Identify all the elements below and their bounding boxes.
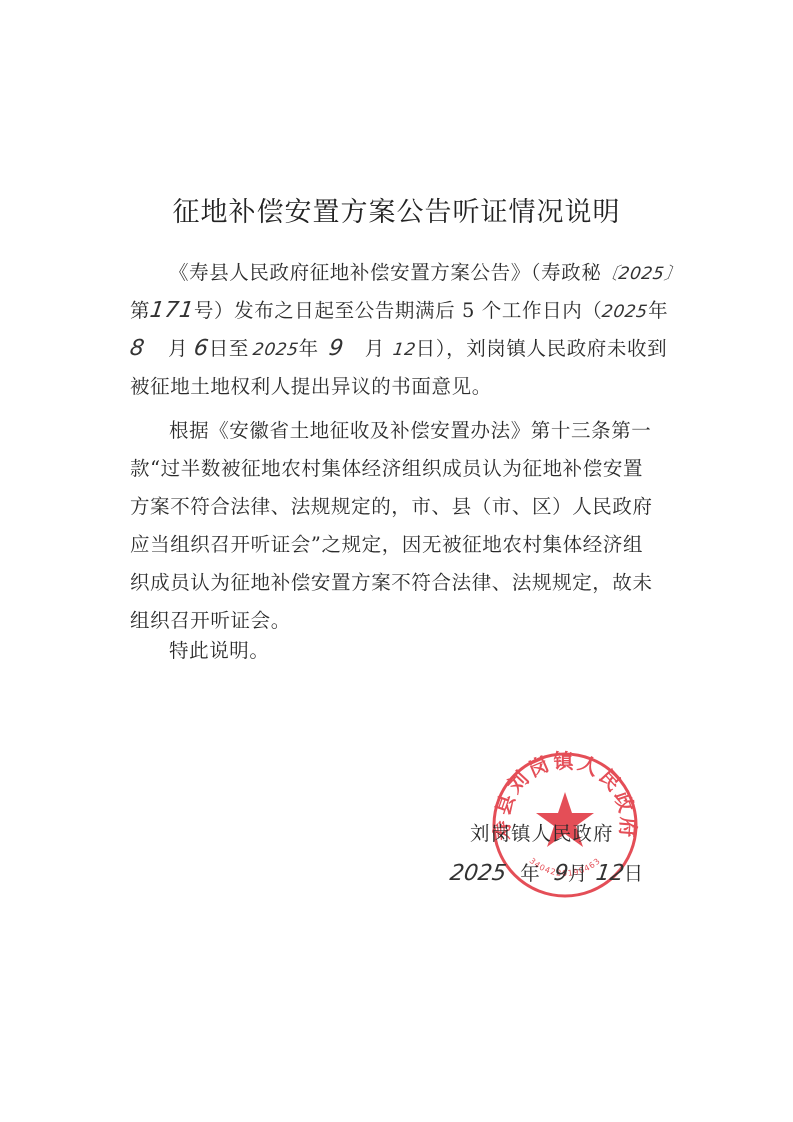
handwritten-year: 〔2025〕	[599, 255, 685, 293]
handwritten-end-day: 12	[390, 331, 418, 369]
handwritten-end-month: 9	[326, 330, 357, 368]
paragraph-2-line: 应当组织召开听证会”之规定，因无被征地农村集体经济组	[130, 526, 678, 564]
handwritten-notice-number: 171	[147, 292, 196, 330]
month-label: 月	[365, 337, 385, 360]
signing-date: 2025 年 9月 12日	[450, 858, 643, 886]
paragraph-1-line-2: 第171号）发布之日起至公告期满后 5 个工作日内（2025年	[130, 292, 678, 330]
handwritten-year: 2025	[448, 861, 508, 886]
month-label: 月	[168, 337, 188, 360]
notice-reference-text: 《寿县人民政府征地补偿安置方案公告》（寿政秘	[169, 261, 601, 284]
paragraph-2-line: 方案不符合法律、法规规定的，市、县（市、区）人民政府	[130, 488, 678, 526]
paragraph-1-line-3: 8月6日至2025年9月12日），刘岗镇人民政府未收到	[130, 330, 678, 368]
year-label: 年	[299, 337, 319, 360]
paragraph-1-line-1: 《寿县人民政府征地补偿安置方案公告》（寿政秘〔2025〕	[130, 254, 678, 292]
handwritten-day: 12	[594, 861, 626, 886]
paragraph-2-line: 款“过半数被征地农村集体经济组织成员认为征地补偿安置	[130, 450, 678, 488]
month-label: 月	[568, 862, 588, 885]
paragraph-2-line: 织成员认为征地补偿安置方案不符合法律、法规规定，故未	[130, 564, 678, 602]
text-prefix: 第	[130, 299, 150, 322]
year-label: 年	[520, 862, 540, 885]
result-text: 日），刘岗镇人民政府未收到	[416, 337, 668, 360]
handwritten-end-year: 2025	[250, 331, 301, 369]
document-title: 征地补偿安置方案公告听证情况说明	[0, 190, 793, 229]
closing-text: 特此说明。	[130, 632, 678, 670]
handwritten-start-day: 6	[191, 330, 211, 368]
range-text: 日至	[209, 337, 249, 360]
paragraph-1-line-4: 被征地土地权利人提出异议的书面意见。	[130, 368, 678, 406]
closing-paragraph: 特此说明。	[130, 632, 678, 670]
year-label: 年	[648, 299, 668, 322]
handwritten-year: 2025	[600, 293, 651, 331]
handwritten-start-month: 8	[127, 330, 162, 368]
signing-organization: 刘岗镇人民政府	[470, 818, 614, 846]
paragraph-1: 《寿县人民政府征地补偿安置方案公告》（寿政秘〔2025〕 第171号）发布之日起…	[130, 254, 678, 406]
paragraph-2: 根据《安徽省土地征收及补偿安置办法》第十三条第一 款“过半数被征地农村集体经济组…	[130, 412, 678, 640]
period-text: 号）发布之日起至公告期满后 5 个工作日内（	[194, 299, 603, 322]
paragraph-2-line: 根据《安徽省土地征收及补偿安置办法》第十三条第一	[130, 412, 678, 450]
day-label: 日	[624, 862, 644, 885]
